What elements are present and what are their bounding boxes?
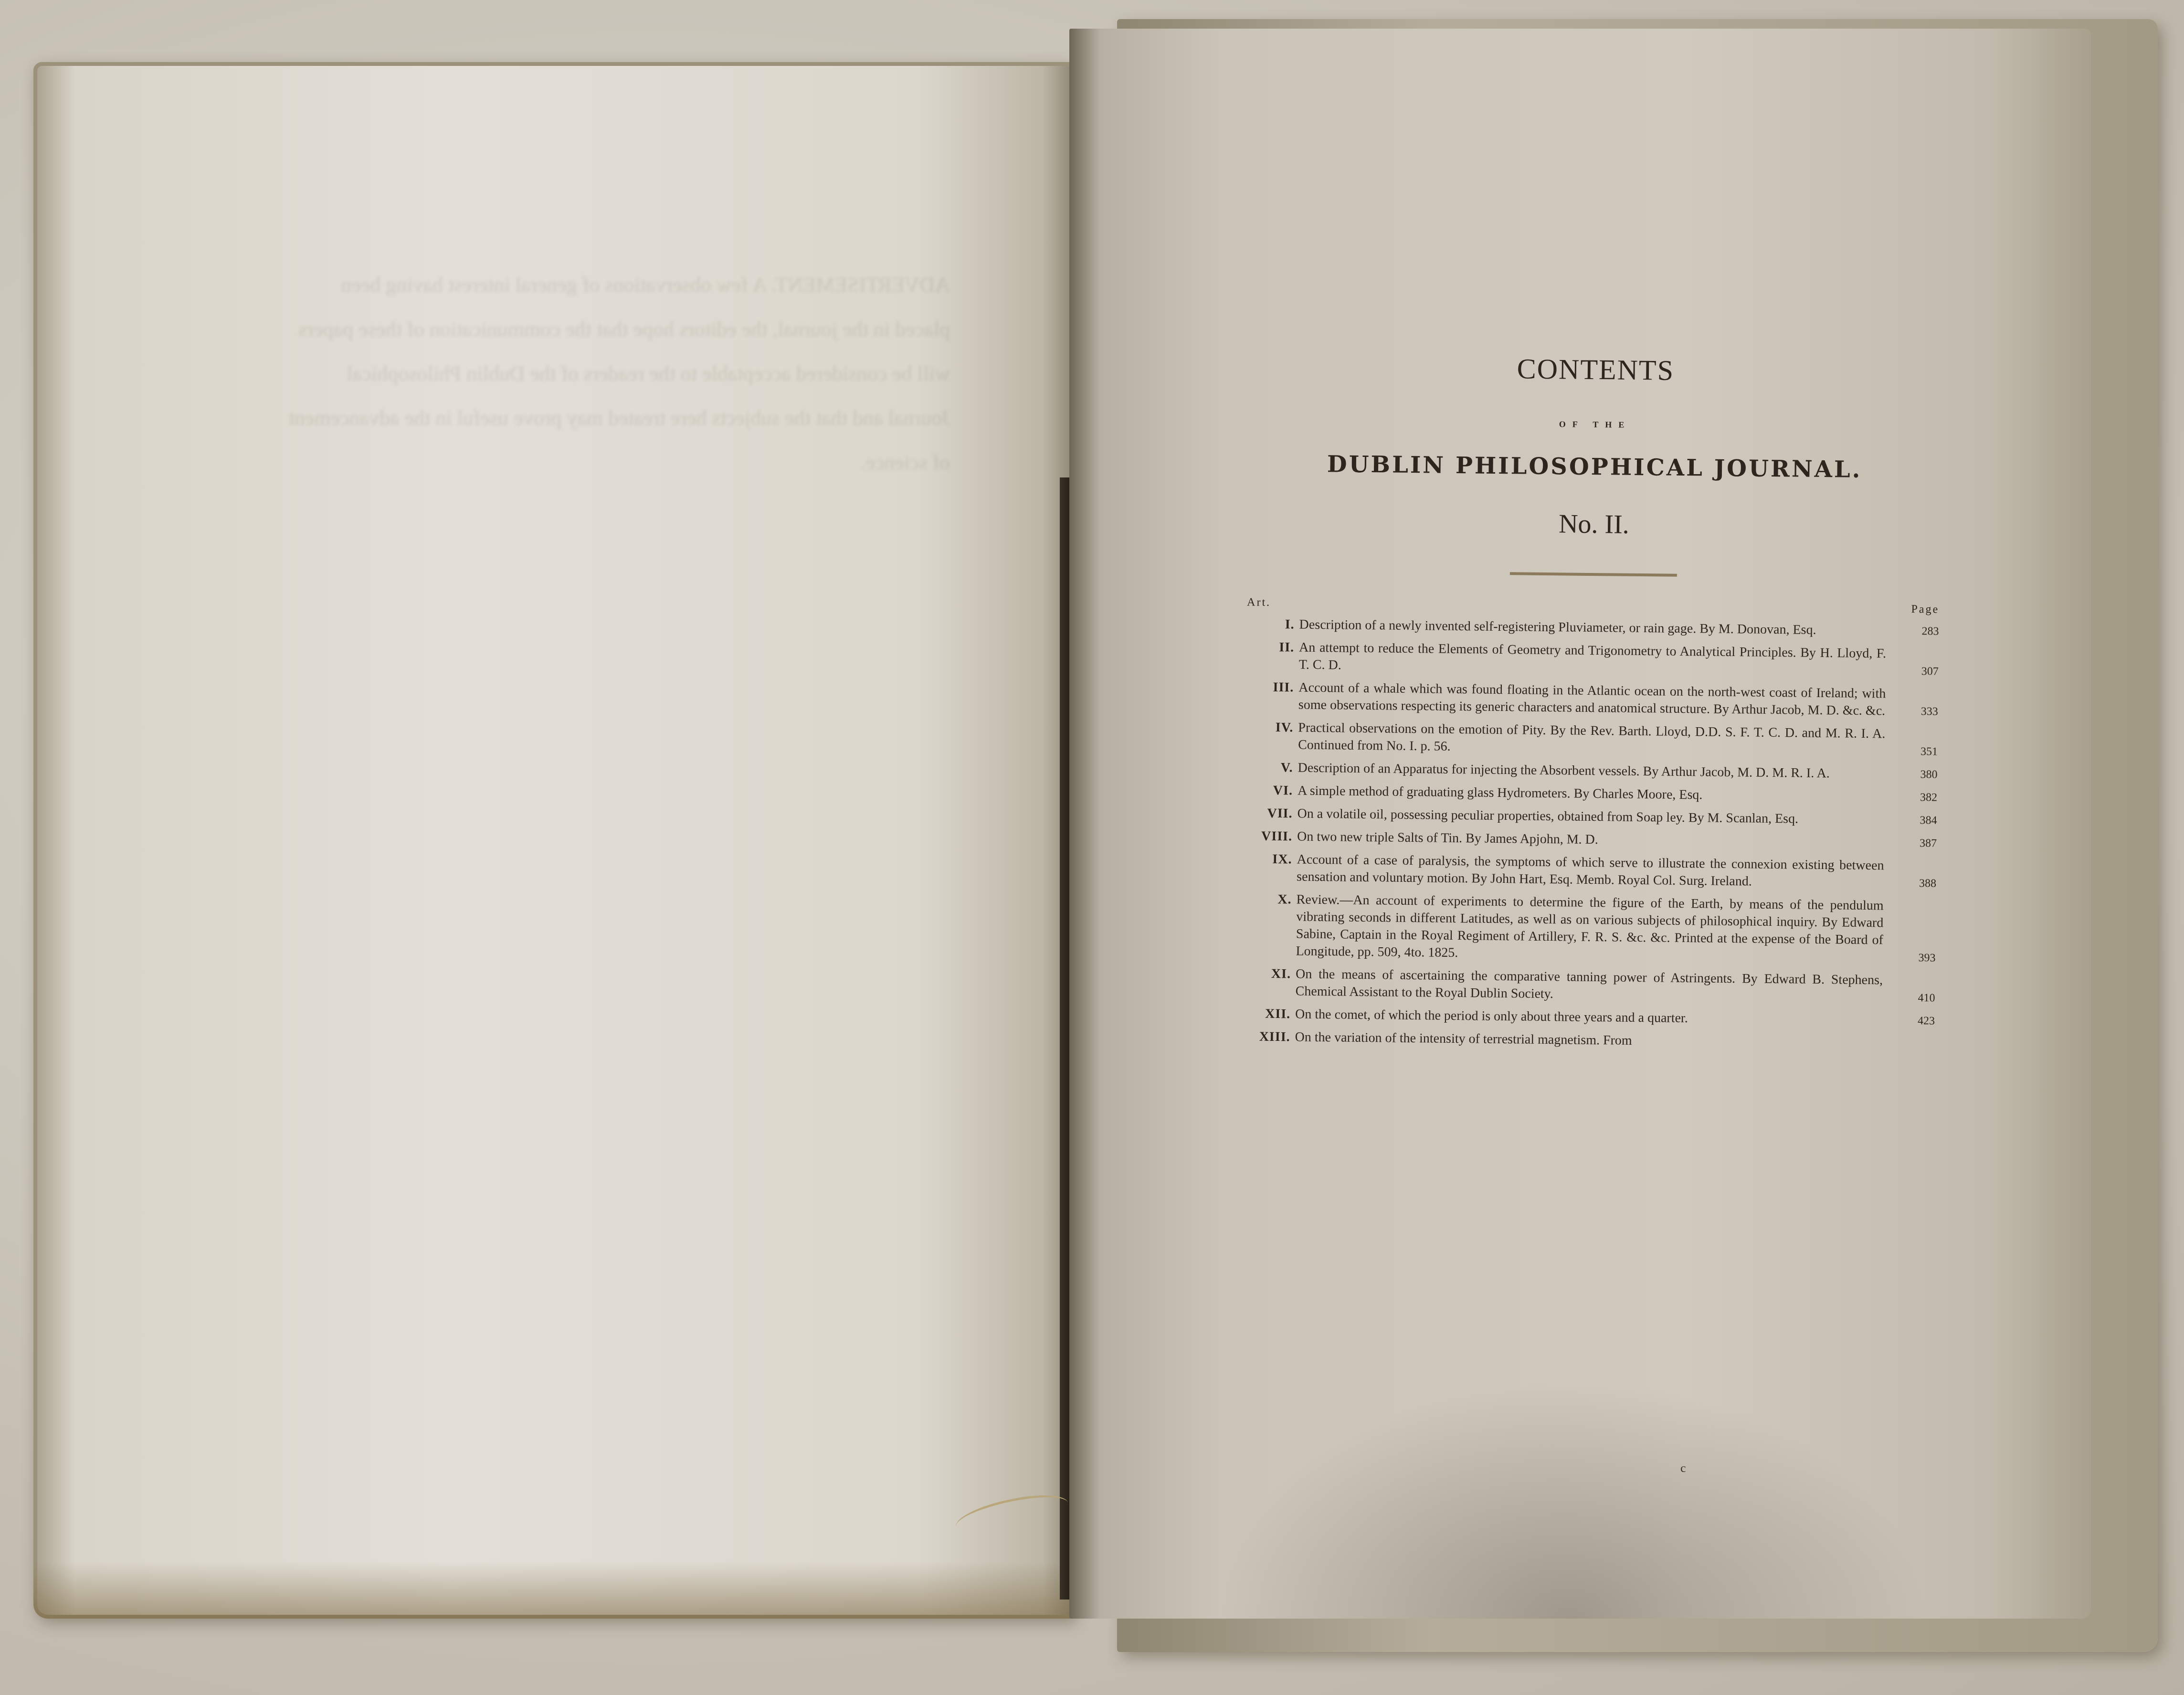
entry-number: VII. — [1245, 805, 1292, 822]
entry-number: VI. — [1245, 782, 1293, 799]
entry-number: XI. — [1243, 965, 1291, 983]
contents-entry: V.Description of an Apparatus for inject… — [1245, 759, 1937, 783]
entry-title: On the comet, of which the period is onl… — [1295, 1006, 1882, 1029]
entry-title: On the means of ascertaining the compara… — [1295, 966, 1883, 1006]
col-head-page: Page — [1911, 603, 1939, 616]
entry-page: 351 — [1895, 743, 1938, 761]
entry-page — [1891, 1052, 1934, 1053]
entry-title: On a volatile oil, possessing peculiar p… — [1297, 805, 1884, 829]
entry-title: Description of an Apparatus for injectin… — [1298, 760, 1885, 783]
right-page: CONTENTS OF THE DUBLIN PHILOSOPHICAL JOU… — [1069, 29, 2091, 1619]
contents-block: CONTENTS OF THE DUBLIN PHILOSOPHICAL JOU… — [1242, 350, 1941, 1058]
entry-number: X. — [1244, 890, 1291, 908]
entry-title: Practical observations on the emotion of… — [1298, 720, 1886, 760]
entry-page: 283 — [1896, 623, 1939, 640]
column-headers: Art. Page — [1247, 596, 1939, 616]
entry-page: 388 — [1893, 875, 1936, 892]
contents-list: I.Description of a newly invented self-r… — [1242, 615, 1939, 1052]
entry-title: An attempt to reduce the Elements of Geo… — [1299, 639, 1887, 680]
entry-page: 387 — [1894, 835, 1937, 852]
subtitle-of-the: OF THE — [1249, 416, 1941, 433]
entry-title: Account of a whale which was found float… — [1298, 679, 1886, 720]
journal-name: DUBLIN PHILOSOPHICAL JOURNAL. — [1248, 450, 1941, 484]
entry-page: 410 — [1892, 989, 1935, 1007]
page-shadow — [1213, 1380, 1929, 1619]
entry-number: IV. — [1245, 719, 1293, 736]
entry-page: 380 — [1894, 766, 1937, 784]
entry-number: I. — [1247, 615, 1295, 633]
page-title: CONTENTS — [1249, 350, 1942, 390]
contents-entry: XI.On the means of ascertaining the comp… — [1243, 965, 1935, 1006]
entry-title: On two new triple Salts of Tin. By James… — [1297, 828, 1884, 852]
entry-number: XIII. — [1242, 1028, 1290, 1046]
contents-entry: IX.Account of a case of paralysis, the s… — [1244, 850, 1937, 892]
entry-number: III. — [1246, 678, 1294, 696]
contents-entry: X.Review.—An account of experiments to d… — [1243, 890, 1936, 966]
issue-number: No. II. — [1248, 505, 1941, 543]
contents-entry: IV.Practical observations on the emotion… — [1245, 719, 1938, 760]
contents-entry: VII.On a volatile oil, possessing peculi… — [1245, 805, 1937, 829]
contents-entry: III.Account of a whale which was found f… — [1246, 678, 1939, 720]
entry-title: On the variation of the intensity of ter… — [1295, 1029, 1882, 1052]
entry-page: 307 — [1896, 663, 1939, 680]
contents-entry: II.An attempt to reduce the Elements of … — [1246, 638, 1939, 680]
entry-title: A simple method of graduating glass Hydr… — [1298, 783, 1885, 806]
contents-entry: XII.On the comet, of which the period is… — [1243, 1005, 1935, 1029]
entry-page: 384 — [1894, 812, 1937, 829]
col-head-art: Art. — [1247, 596, 1271, 609]
contents-entry: I.Description of a newly invented self-r… — [1247, 615, 1939, 640]
entry-number: II. — [1246, 638, 1294, 656]
entry-title: Description of a newly invented self-reg… — [1299, 616, 1887, 640]
entry-page: 382 — [1894, 789, 1937, 806]
entry-page: 393 — [1892, 949, 1935, 967]
left-page: ADVERTISEMENT. A few observations of gen… — [33, 62, 1074, 1619]
show-through-text: ADVERTISEMENT. A few observations of gen… — [282, 263, 950, 1122]
entry-page: 333 — [1895, 703, 1938, 720]
entry-title: Account of a case of paralysis, the symp… — [1297, 851, 1884, 892]
contents-entry: VI.A simple method of graduating glass H… — [1245, 782, 1937, 806]
entry-title: Review.—An account of experiments to det… — [1296, 891, 1883, 966]
entry-number: IX. — [1244, 850, 1292, 868]
entry-page: 423 — [1892, 1012, 1935, 1030]
signature-mark: c — [1680, 1461, 1686, 1475]
entry-number: XII. — [1243, 1005, 1290, 1023]
divider-rule — [1510, 572, 1677, 577]
contents-entry: VIII.On two new triple Salts of Tin. By … — [1245, 827, 1937, 852]
entry-number: V. — [1245, 759, 1293, 776]
entry-number: VIII. — [1245, 827, 1292, 845]
page-stain — [33, 1561, 1074, 1619]
contents-entry: XIII.On the variation of the intensity o… — [1242, 1028, 1934, 1052]
